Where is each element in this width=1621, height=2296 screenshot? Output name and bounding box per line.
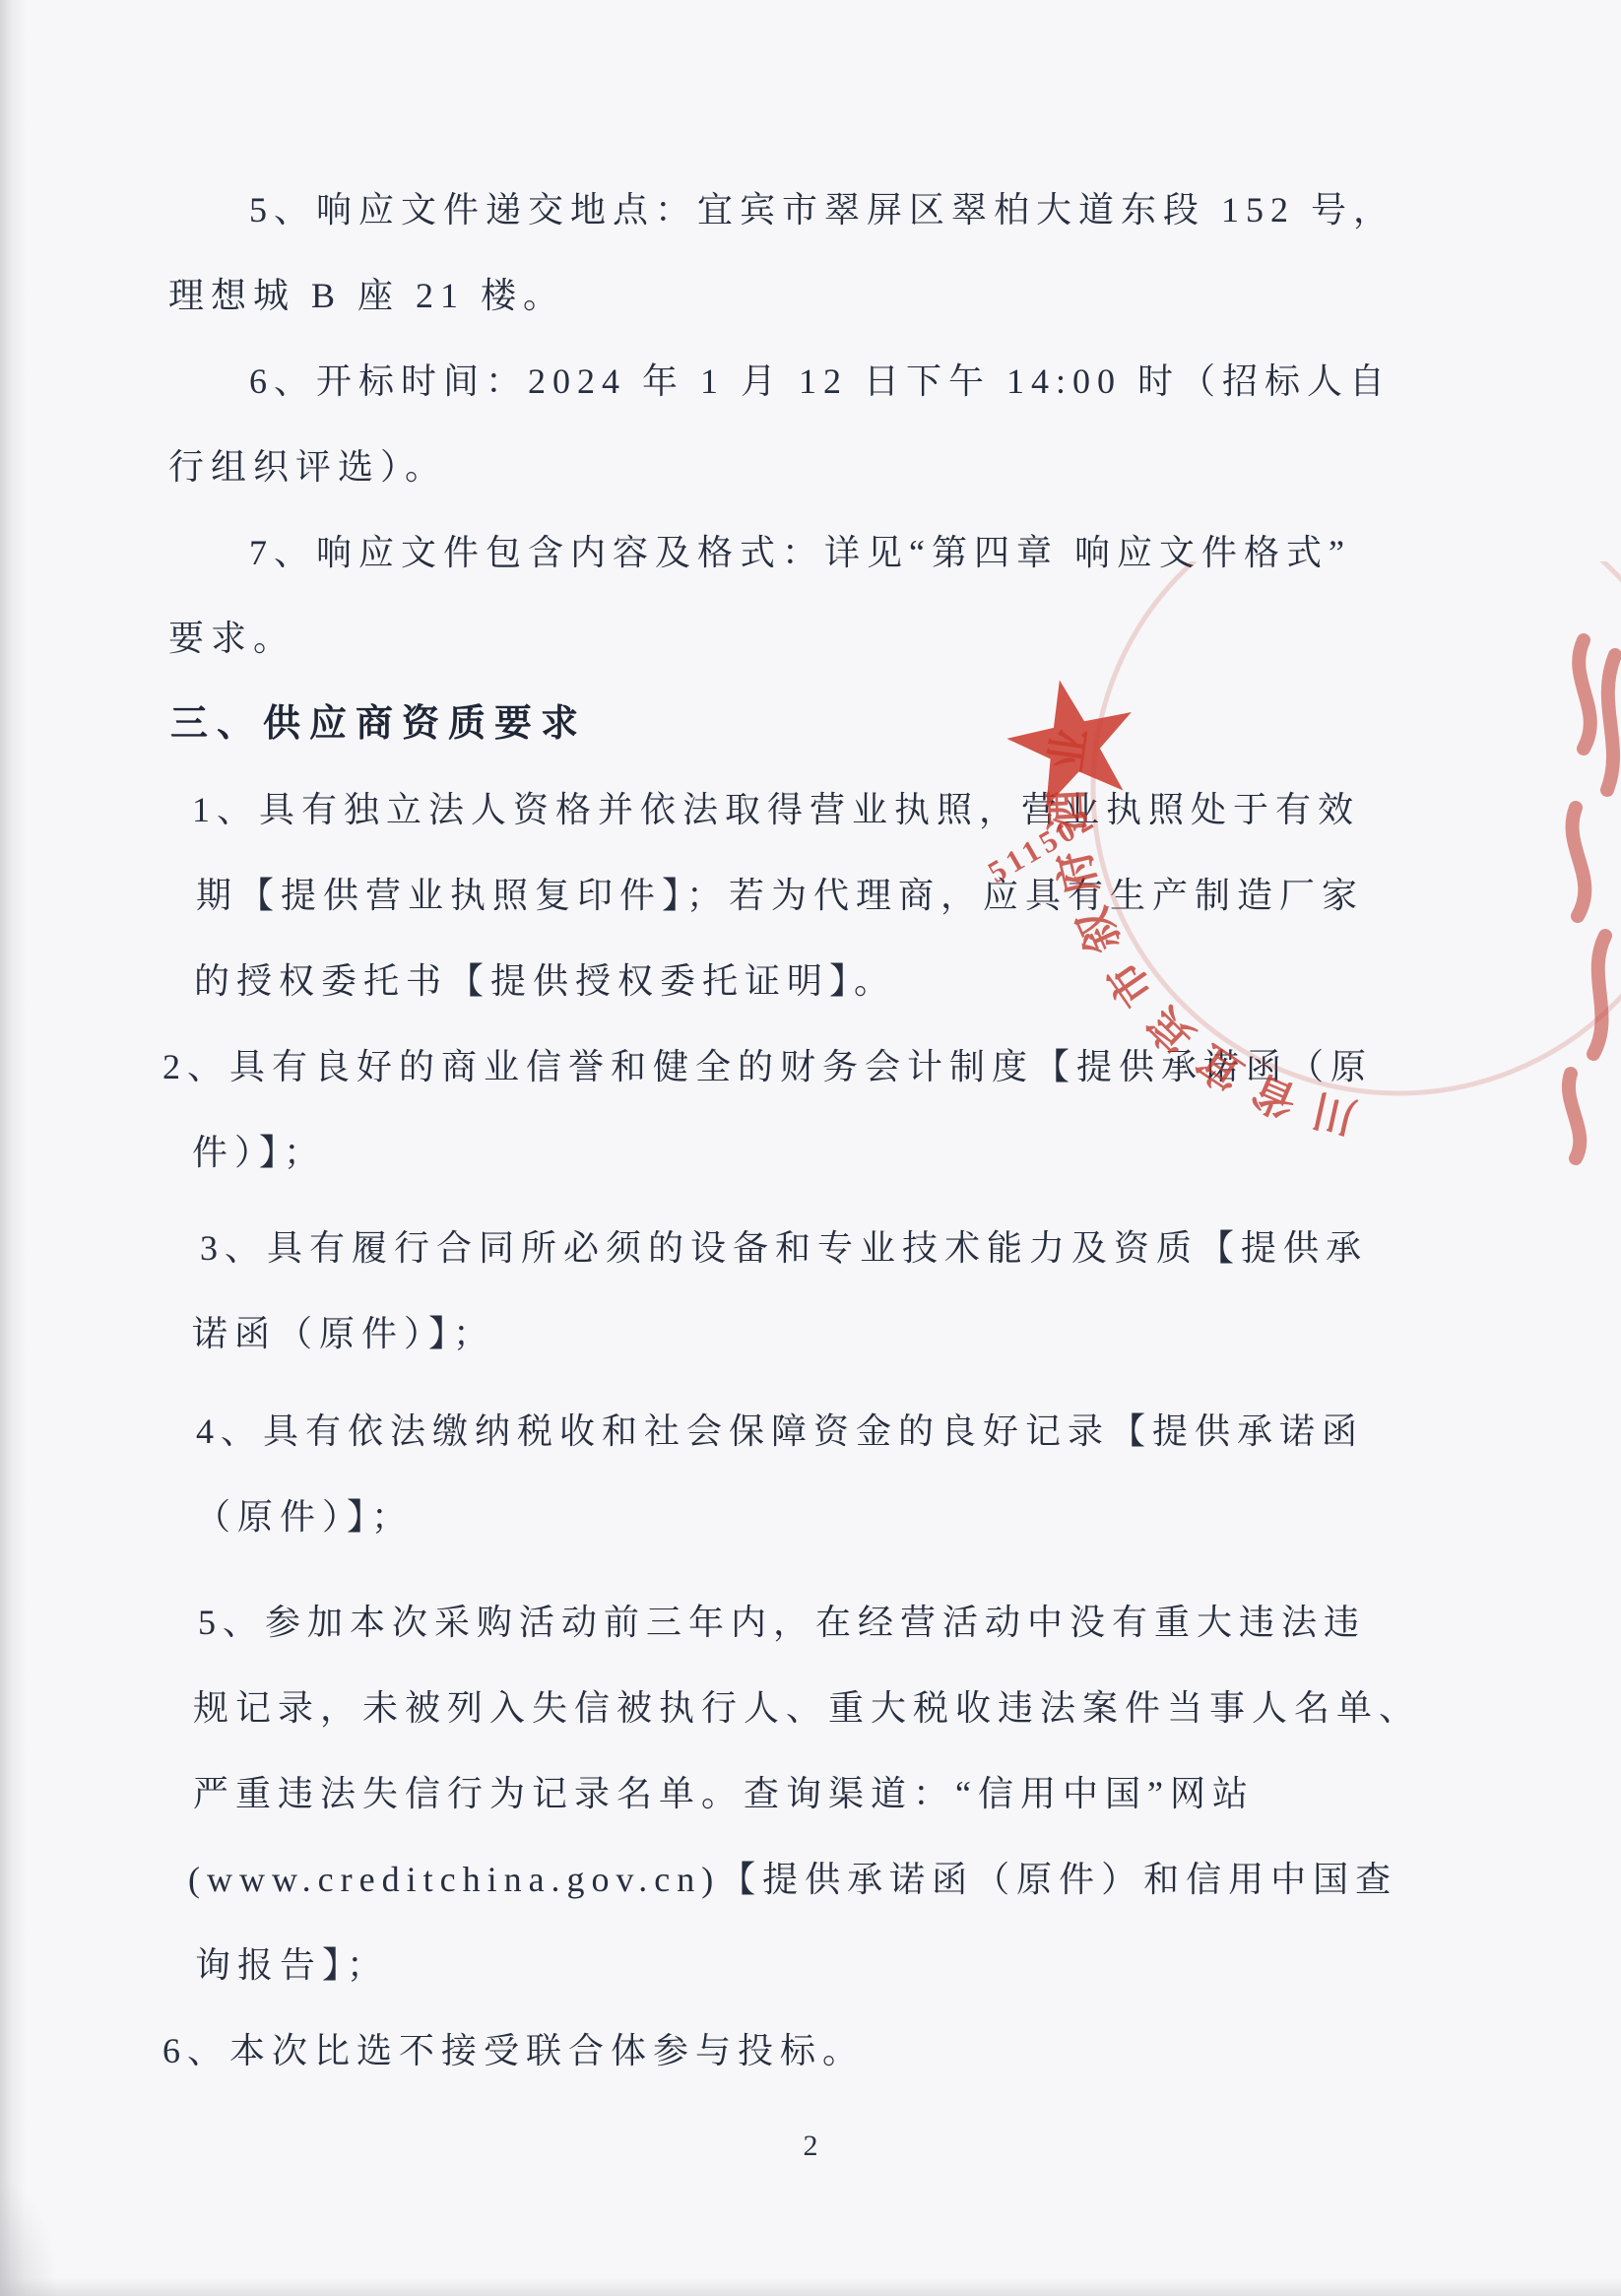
scan-shadow-bottom — [0, 2278, 1621, 2296]
text-line: 要求。 — [162, 596, 1591, 682]
text-line: 严重违法失信行为记录名单。查询渠道：“信用中国”网站 — [162, 1751, 1591, 1837]
section-heading: 三、供应商资质要求 — [162, 682, 1591, 767]
text-line: 3、具有履行合同所必须的设备和专业技术能力及资质【提供承 — [162, 1206, 1591, 1291]
text-line: 询报告】； — [162, 1923, 1591, 2008]
paragraph: 4、具有依法缴纳税收和社会保障资金的良好记录【提供承诺函（原件）】； — [162, 1389, 1591, 1560]
text-line: 三、供应商资质要求 — [162, 682, 1591, 767]
paragraph: 5、响应文件递交地点：宜宾市翠屏区翠柏大道东段 152 号，理想城 B 座 21… — [162, 167, 1591, 339]
paragraph: 1、具有独立法人资格并依法取得营业执照，营业执照处于有效期【提供营业执照复印件】… — [162, 767, 1591, 1024]
text-line: 期【提供营业执照复印件】；若为代理商，应具有生产制造厂家 — [162, 853, 1591, 939]
text-line: 2、具有良好的商业信誉和健全的财务会计制度【提供承诺函（原 — [162, 1024, 1591, 1110]
text-line: 行组织评选）。 — [162, 425, 1591, 510]
text-line: 5、响应文件递交地点：宜宾市翠屏区翠柏大道东段 152 号， — [162, 167, 1591, 253]
text-line: 7、响应文件包含内容及格式：详见“第四章 响应文件格式” — [162, 510, 1591, 596]
text-line: 理想城 B 座 21 楼。 — [162, 253, 1591, 339]
document-body: 5、响应文件递交地点：宜宾市翠屏区翠柏大道东段 152 号，理想城 B 座 21… — [162, 167, 1591, 2094]
text-line: 6、本次比选不接受联合体参与投标。 — [162, 2008, 1591, 2094]
text-line: 1、具有独立法人资格并依法取得营业执照，营业执照处于有效 — [162, 767, 1591, 853]
text-line: 4、具有依法缴纳税收和社会保障资金的良好记录【提供承诺函 — [162, 1389, 1591, 1475]
scan-shadow-left — [0, 0, 26, 2296]
text-line: 的授权委托书【提供授权委托证明】。 — [162, 939, 1591, 1024]
scan-corner-smudge — [0, 2178, 59, 2296]
text-line: 规记录，未被列入失信被执行人、重大税收违法案件当事人名单、 — [162, 1666, 1591, 1751]
text-line: 6、开标时间：2024 年 1 月 12 日下午 14:00 时（招标人自 — [162, 339, 1591, 425]
paragraph: 5、参加本次采购活动前三年内，在经营活动中没有重大违法违规记录，未被列入失信被执… — [162, 1580, 1591, 2008]
paragraph: 6、本次比选不接受联合体参与投标。 — [162, 2008, 1591, 2094]
text-line: 5、参加本次采购活动前三年内，在经营活动中没有重大违法违 — [162, 1580, 1591, 1666]
paragraph: 6、开标时间：2024 年 1 月 12 日下午 14:00 时（招标人自行组织… — [162, 339, 1591, 510]
page-number: 2 — [0, 2130, 1621, 2163]
text-line: (www.creditchina.gov.cn)【提供承诺函（原件）和信用中国查 — [162, 1837, 1591, 1923]
paragraph: 3、具有履行合同所必须的设备和专业技术能力及资质【提供承诺函（原件）】； — [162, 1206, 1591, 1377]
document-page: 5、响应文件递交地点：宜宾市翠屏区翠柏大道东段 152 号，理想城 B 座 21… — [0, 0, 1621, 2296]
text-line: 件）】； — [162, 1110, 1591, 1196]
text-line: （原件）】； — [162, 1475, 1591, 1560]
text-line: 诺函（原件）】； — [162, 1291, 1591, 1377]
paragraph: 7、响应文件包含内容及格式：详见“第四章 响应文件格式”要求。 — [162, 510, 1591, 682]
paragraph: 2、具有良好的商业信誉和健全的财务会计制度【提供承诺函（原件）】； — [162, 1024, 1591, 1196]
